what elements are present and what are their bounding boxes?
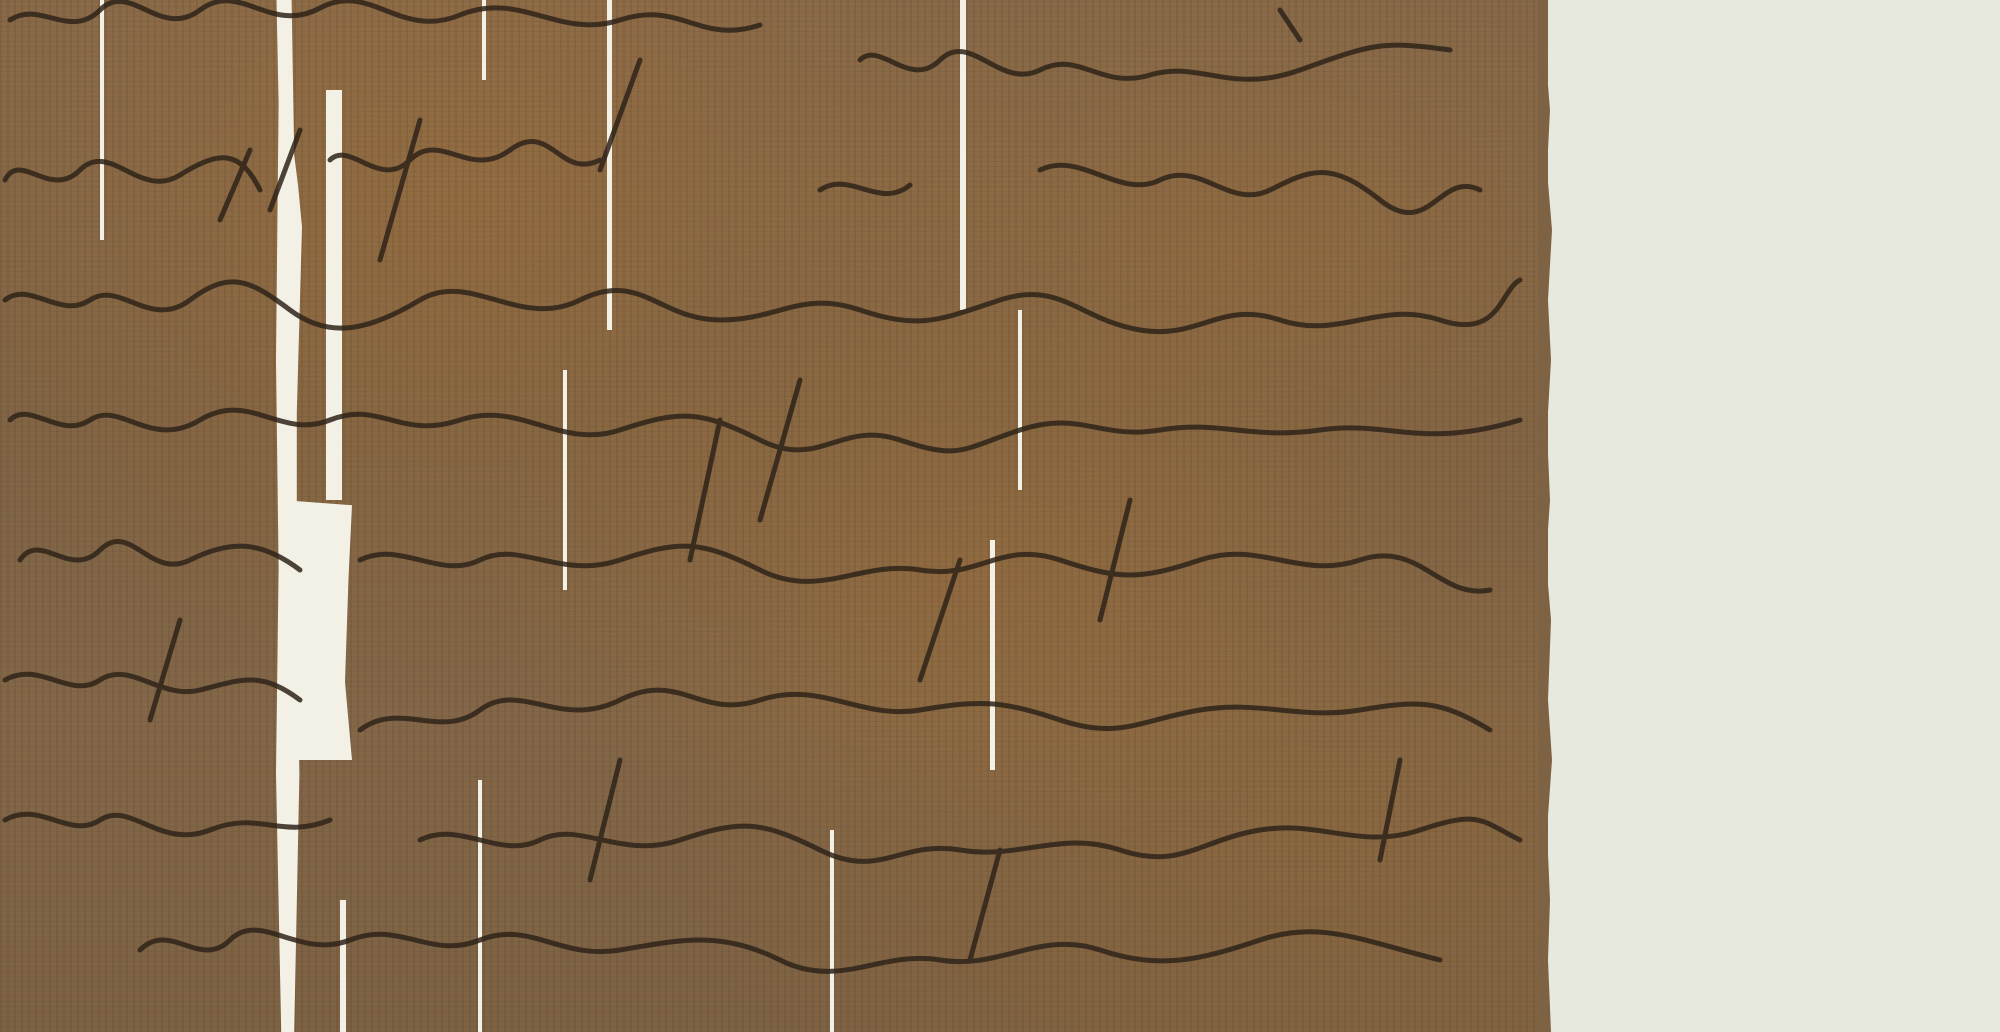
line-5 <box>20 541 1490 591</box>
line-1 <box>10 1 1450 80</box>
line-3 <box>5 280 1520 332</box>
line-4 <box>10 410 1520 451</box>
line-7 <box>5 814 1520 861</box>
line-6 <box>5 674 1490 730</box>
descender-strokes <box>150 60 1400 960</box>
line-8 <box>140 930 1440 971</box>
handwriting-ink <box>0 0 1548 1032</box>
photo-scene <box>0 0 2000 1032</box>
